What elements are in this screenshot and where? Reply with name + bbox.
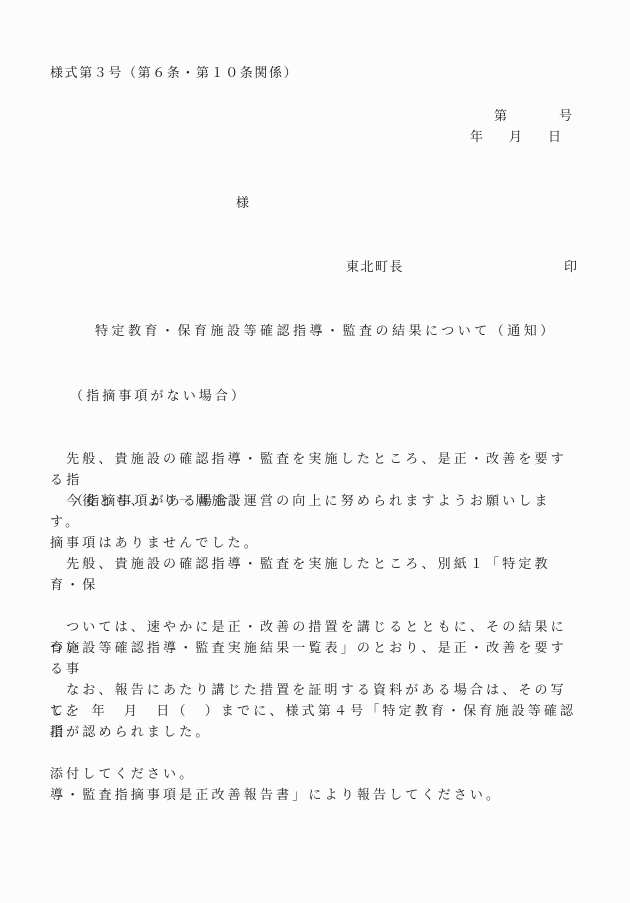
form-number: 様式第３号（第６条・第１０条関係） — [50, 64, 298, 84]
document-title: 特定教育・保育施設等確認指導・監査の結果について（通知） — [95, 322, 557, 342]
text-line: 添付してください。 — [50, 764, 578, 785]
recipient: 様 — [236, 194, 252, 214]
seal-mark: 印 — [564, 258, 580, 278]
section-heading-with-findings: （指摘事項がある場合） — [70, 491, 247, 512]
section-heading-no-findings: （指摘事項がない場合） — [70, 386, 247, 407]
sender: 東北町長 — [346, 258, 404, 278]
paragraph-with-findings-3: なお、報告にあたり講じた措置を証明する資料がある場合は、その写しを 添付してくだ… — [50, 638, 578, 827]
text-line: なお、報告にあたり講じた措置を証明する資料がある場合は、その写しを — [50, 680, 578, 722]
document-date: 年 月 日 — [470, 128, 561, 148]
document-number: 第 号 — [494, 107, 572, 127]
